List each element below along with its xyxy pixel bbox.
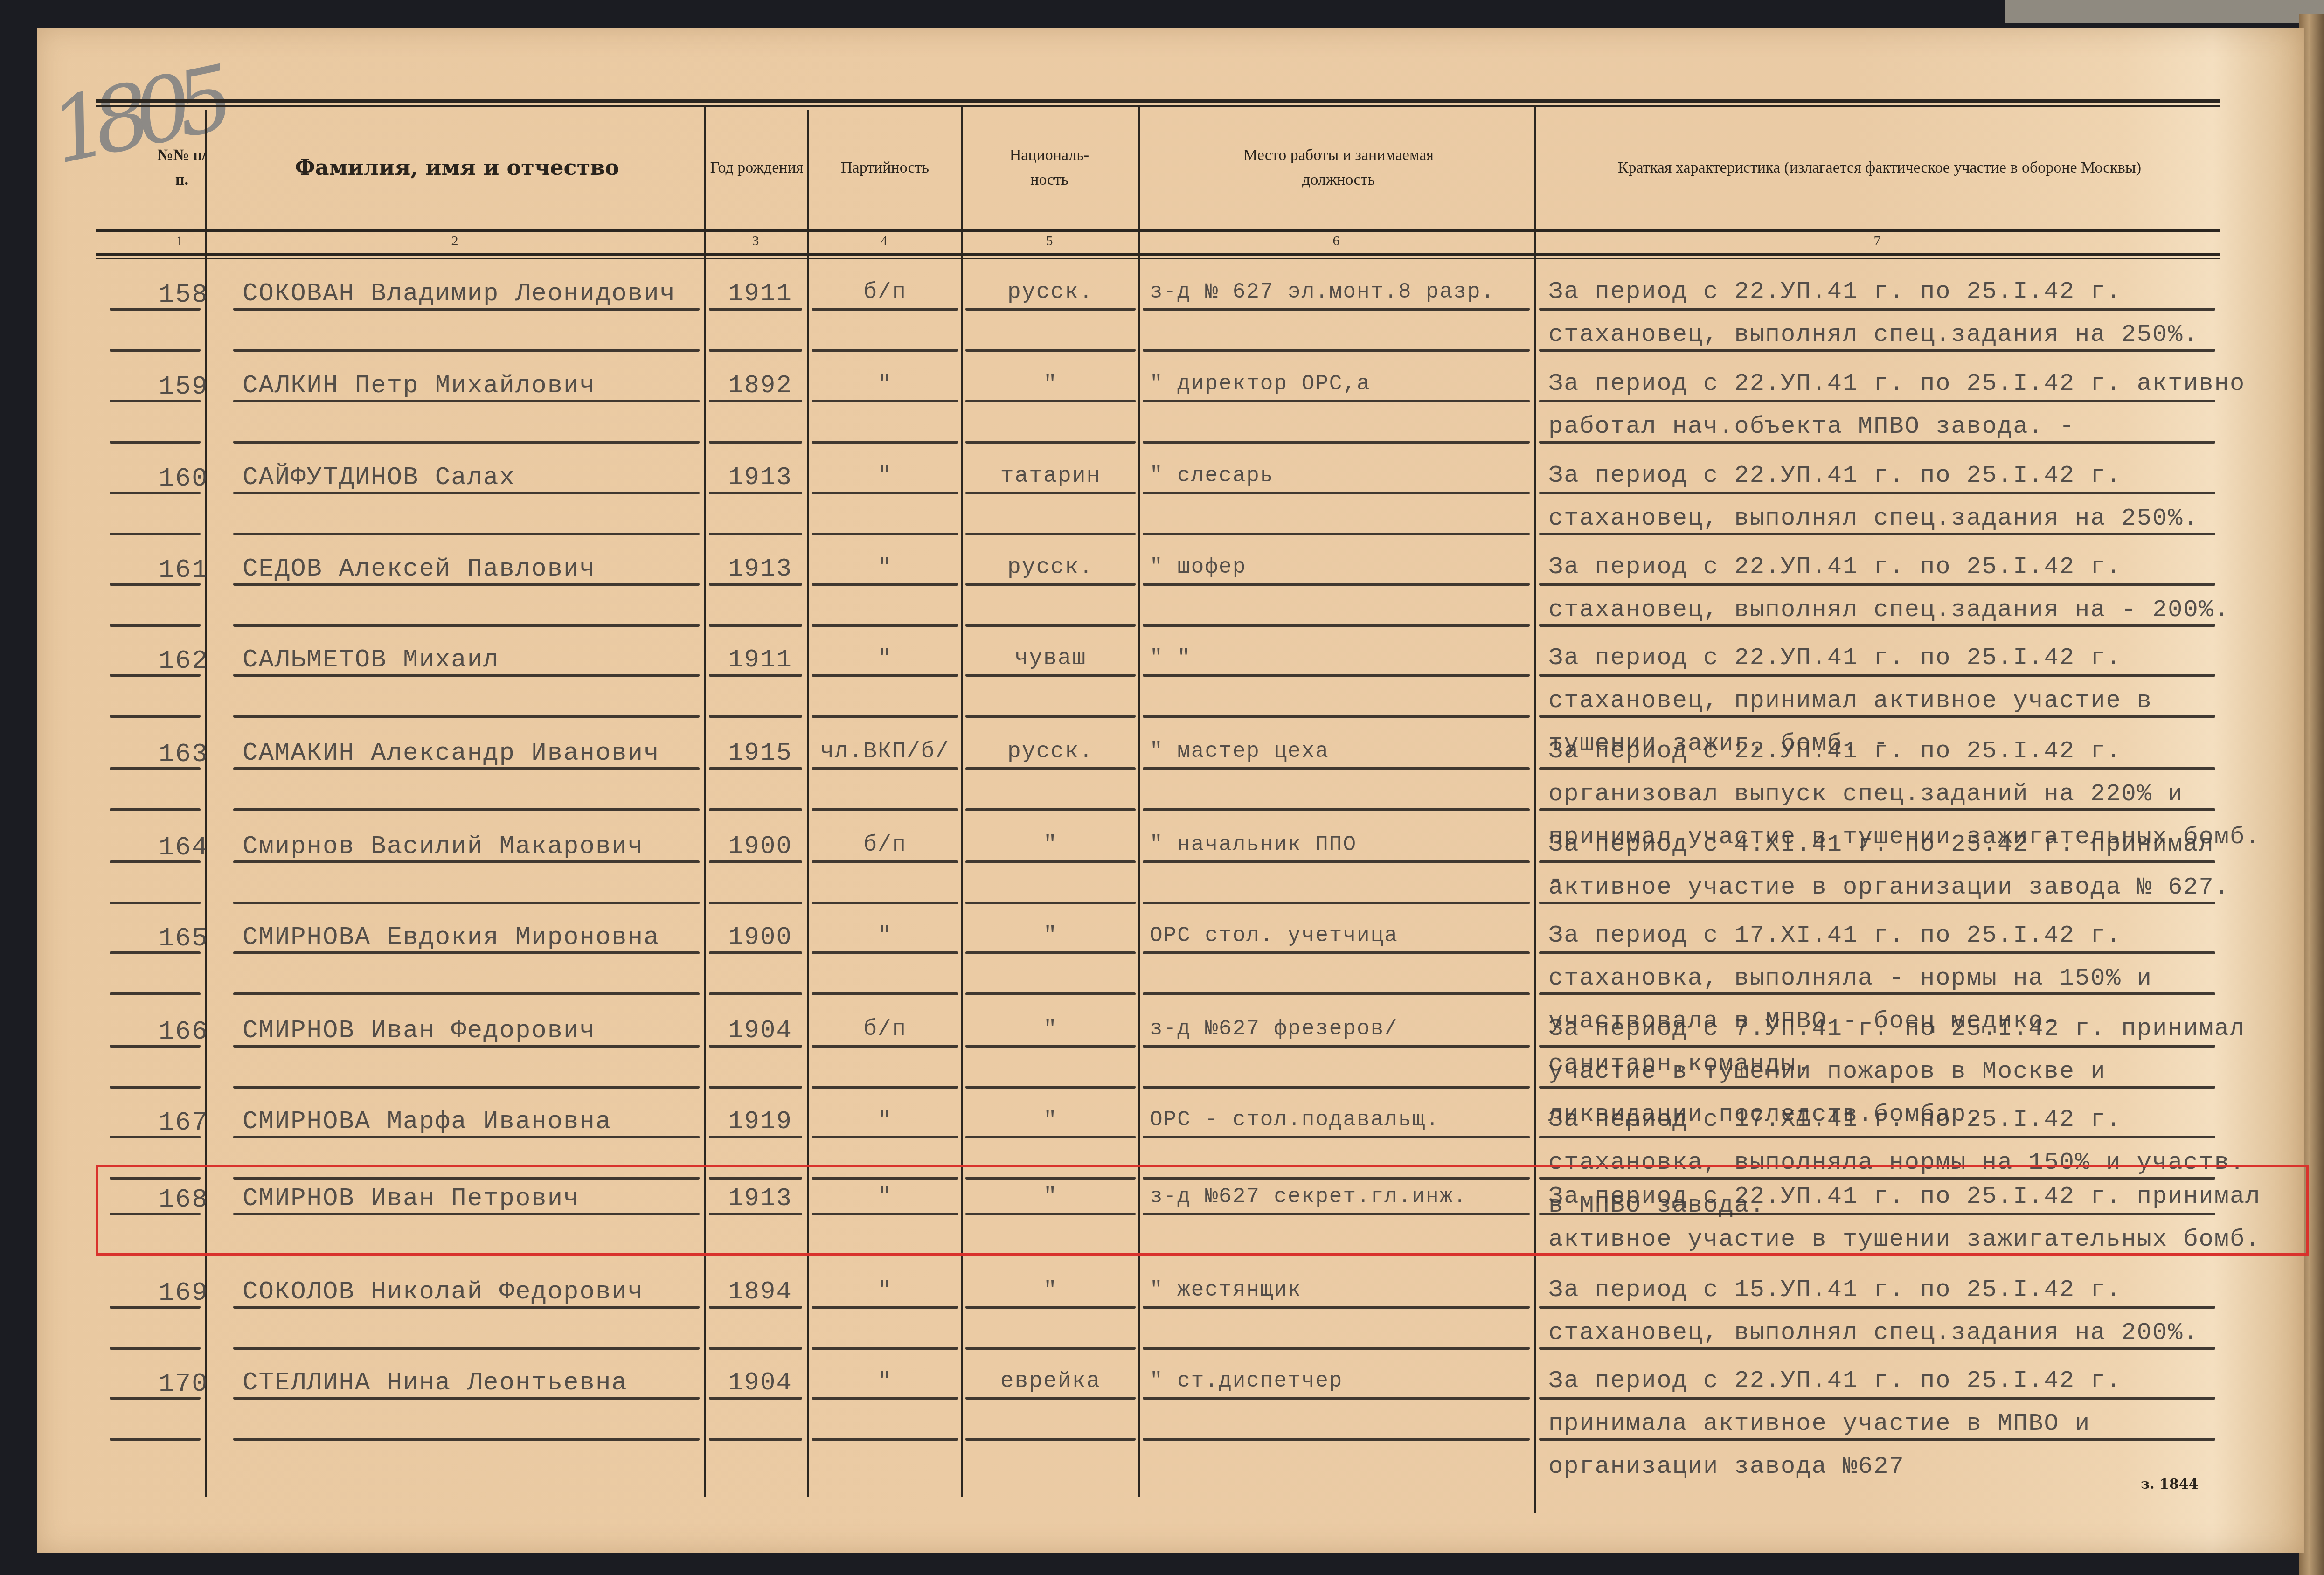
row-divider: [233, 1254, 700, 1256]
row-nationality: русск.: [963, 739, 1138, 764]
row-full-name: САЛКИН Петр Михайлович: [243, 372, 596, 400]
row-divider: [1539, 441, 2215, 444]
colnum-3: 3: [704, 233, 807, 249]
row-workplace: з-д № 627 эл.монт.8 разр.: [1150, 280, 1537, 304]
row-divider: [110, 533, 201, 535]
row-divider: [709, 902, 802, 904]
row-divider: [965, 1347, 1136, 1350]
row-underline: [110, 492, 201, 494]
row-underline: [1143, 951, 1530, 954]
row-underline: [965, 1045, 1136, 1048]
row-underline: [709, 951, 802, 954]
row-underline: [709, 674, 802, 677]
row-divider: [1539, 902, 2215, 904]
row-divider: [110, 624, 201, 627]
row-nationality: ": [963, 923, 1138, 949]
row-divider: [709, 533, 802, 535]
header-col-party: Партийность: [809, 112, 961, 224]
row-number: 160: [159, 464, 208, 493]
row-divider: [1143, 441, 1530, 444]
row-underline: [812, 860, 958, 863]
row-divider: [812, 992, 958, 995]
row-underline: [965, 1136, 1136, 1138]
row-divider: [965, 349, 1136, 352]
row-underline: [1143, 1136, 1530, 1138]
row-divider: [1143, 992, 1530, 995]
row-full-name: СТЕЛЛИНА Нина Леонтьевна: [243, 1369, 628, 1397]
row-description: За период с 4.ХI.41 г. по 25.42 г. прини…: [1548, 823, 2276, 909]
row-divider: [1539, 533, 2215, 535]
row-description: За период с 22.УП.41 г. по 25.I.42 г. пр…: [1548, 1360, 2276, 1488]
header-top-rule: [96, 99, 2220, 103]
row-underline: [110, 860, 201, 863]
row-nationality: татарин: [963, 464, 1138, 489]
row-underline: [110, 1306, 201, 1309]
row-underline: [1539, 1397, 2215, 1400]
col-divider-6: [1534, 105, 1536, 1513]
row-description: За период с 22.УП.41 г. по 25.I.42 г. ст…: [1548, 546, 2276, 631]
row-divider: [709, 1177, 802, 1180]
row-party: чл.ВКП/б/: [809, 739, 961, 764]
row-underline: [233, 1306, 700, 1309]
colnum-bottom-rule: [96, 253, 2220, 256]
row-divider: [1143, 715, 1530, 718]
row-divider: [812, 533, 958, 535]
row-underline: [965, 492, 1136, 494]
row-divider: [709, 715, 802, 718]
row-divider: [812, 1347, 958, 1350]
row-divider: [965, 533, 1136, 535]
row-full-name: СОКОЛОВ Николай Федорович: [243, 1278, 644, 1306]
row-divider: [110, 441, 201, 444]
row-divider: [812, 902, 958, 904]
row-underline: [709, 1213, 802, 1215]
row-underline: [812, 1306, 958, 1309]
row-number: 166: [159, 1017, 208, 1047]
row-underline: [1539, 492, 2215, 494]
row-divider: [1143, 349, 1530, 352]
row-underline: [233, 492, 700, 494]
row-underline: [965, 1306, 1136, 1309]
row-divider: [1143, 533, 1530, 535]
row-divider: [812, 349, 958, 352]
row-underline: [1539, 951, 2215, 954]
row-underline: [812, 1213, 958, 1215]
row-number: 165: [159, 923, 208, 953]
row-birth-year: 1892: [718, 372, 802, 400]
row-underline: [110, 400, 201, 402]
row-divider: [709, 1438, 802, 1441]
row-underline: [709, 860, 802, 863]
row-divider: [965, 1177, 1136, 1180]
header-col-nationality: Националь- ность: [965, 112, 1133, 224]
row-underline: [1539, 674, 2215, 677]
row-divider: [965, 715, 1136, 718]
row-birth-year: 1904: [718, 1017, 802, 1045]
row-number: 163: [159, 739, 208, 769]
row-divider: [233, 1438, 700, 1441]
row-nationality: чуваш: [963, 646, 1138, 671]
row-number: 162: [159, 646, 208, 676]
col-divider-4: [961, 105, 963, 1497]
row-party: б/п: [809, 1017, 961, 1042]
row-divider: [1143, 808, 1530, 811]
row-divider: [965, 902, 1136, 904]
header-bottom-rule: [96, 229, 2220, 232]
row-underline: [709, 492, 802, 494]
row-party: ": [809, 1278, 961, 1303]
row-divider: [965, 1254, 1136, 1256]
row-full-name: СЕДОВ Алексей Павлович: [243, 555, 596, 583]
row-full-name: САЛЬМЕТОВ Михаил: [243, 646, 499, 674]
row-workplace: " шофер: [1150, 555, 1537, 579]
row-party: ": [809, 464, 961, 489]
row-divider: [709, 624, 802, 627]
colnum-7: 7: [1534, 233, 2220, 249]
row-party: б/п: [809, 833, 961, 858]
row-birth-year: 1911: [718, 280, 802, 308]
row-underline: [812, 951, 958, 954]
row-underline: [709, 400, 802, 402]
row-divider: [110, 902, 201, 904]
row-nationality: ": [963, 1017, 1138, 1042]
col-divider-3: [807, 110, 809, 1497]
row-divider: [233, 533, 700, 535]
row-underline: [812, 674, 958, 677]
row-underline: [110, 583, 201, 586]
row-party: ": [809, 372, 961, 397]
row-underline: [110, 1213, 201, 1215]
row-underline: [965, 400, 1136, 402]
row-underline: [965, 583, 1136, 586]
row-workplace: " мастер цеха: [1150, 739, 1537, 763]
row-number: 158: [159, 280, 208, 310]
row-party: ": [809, 1185, 961, 1210]
row-workplace: ОРС стол. учетчица: [1150, 923, 1537, 948]
colnum-bottom-rule-thin: [96, 258, 2220, 259]
row-underline: [233, 767, 700, 770]
row-birth-year: 1900: [718, 833, 802, 861]
row-divider: [1539, 1086, 2215, 1089]
row-underline: [233, 1213, 700, 1215]
header-col-description: Краткая характеристика (излагается факти…: [1539, 112, 2220, 224]
row-underline: [965, 674, 1136, 677]
row-underline: [1539, 1045, 2215, 1048]
col-divider-5: [1138, 105, 1140, 1497]
row-underline: [233, 1136, 700, 1138]
row-divider: [709, 1347, 802, 1350]
row-workplace: " жестянщик: [1150, 1278, 1537, 1302]
row-divider: [110, 349, 201, 352]
row-divider: [709, 992, 802, 995]
row-divider: [110, 1254, 201, 1256]
row-party: ": [809, 923, 961, 949]
row-divider: [110, 715, 201, 718]
row-divider: [965, 1086, 1136, 1089]
row-birth-year: 1904: [718, 1369, 802, 1397]
row-divider: [233, 1086, 700, 1089]
row-divider: [965, 441, 1136, 444]
row-number: 169: [159, 1278, 208, 1308]
row-underline: [965, 860, 1136, 863]
row-full-name: Смирнов Василий Макарович: [243, 833, 644, 861]
row-underline: [812, 400, 958, 402]
row-divider: [110, 808, 201, 811]
row-underline: [1143, 767, 1530, 770]
row-underline: [709, 767, 802, 770]
row-underline: [110, 1045, 201, 1048]
row-underline: [233, 674, 700, 677]
row-underline: [709, 1045, 802, 1048]
row-underline: [1539, 1136, 2215, 1138]
row-divider: [233, 808, 700, 811]
row-nationality: русск.: [963, 555, 1138, 580]
row-full-name: СМИРНОВА Евдокия Мироновна: [243, 923, 660, 952]
row-divider: [233, 715, 700, 718]
row-number: 164: [159, 833, 208, 862]
row-underline: [965, 1213, 1136, 1215]
row-description: За период с 22.УП.41 г. по 25.I.42 г. ст…: [1548, 454, 2276, 540]
row-divider: [965, 624, 1136, 627]
row-underline: [1143, 1397, 1530, 1400]
row-workplace: з-д №627 фрезеров/: [1150, 1017, 1537, 1041]
row-divider: [1539, 1347, 2215, 1350]
row-divider: [233, 992, 700, 995]
row-underline: [233, 308, 700, 311]
row-nationality: еврейка: [963, 1369, 1138, 1394]
row-underline: [812, 583, 958, 586]
row-divider: [1539, 992, 2215, 995]
row-workplace: " ": [1150, 646, 1537, 670]
row-divider: [1539, 1438, 2215, 1441]
row-divider: [812, 808, 958, 811]
row-birth-year: 1911: [718, 646, 802, 674]
row-underline: [709, 1136, 802, 1138]
row-underline: [965, 1397, 1136, 1400]
row-number: 167: [159, 1108, 208, 1138]
row-underline: [1539, 1306, 2215, 1309]
col-divider-2: [704, 105, 706, 1497]
row-divider: [1539, 349, 2215, 352]
row-underline: [1539, 767, 2215, 770]
row-divider: [233, 1347, 700, 1350]
row-underline: [233, 400, 700, 402]
row-workplace: ОРС - стол.подавальщ.: [1150, 1108, 1537, 1132]
row-birth-year: 1900: [718, 923, 802, 952]
row-description: За период с 22.УП.41 г. по 25.I.42 г. ак…: [1548, 362, 2276, 448]
row-divider: [709, 1086, 802, 1089]
row-underline: [812, 308, 958, 311]
row-divider: [233, 902, 700, 904]
row-divider: [1539, 1254, 2215, 1256]
row-description: За период с 15.УП.41 г. по 25.I.42 г. ст…: [1548, 1269, 2276, 1354]
row-underline: [110, 1136, 201, 1138]
row-divider: [812, 624, 958, 627]
row-divider: [233, 349, 700, 352]
row-underline: [709, 1306, 802, 1309]
row-birth-year: 1919: [718, 1108, 802, 1136]
row-divider: [965, 992, 1136, 995]
row-birth-year: 1913: [718, 1185, 802, 1213]
row-full-name: СОКОВАН Владимир Леонидович: [243, 280, 676, 308]
row-number: 159: [159, 372, 208, 402]
row-full-name: СМИРНОВ Иван Федорович: [243, 1017, 596, 1045]
row-underline: [1539, 583, 2215, 586]
row-divider: [110, 1086, 201, 1089]
row-underline: [812, 1045, 958, 1048]
header-col-workplace: Место работы и занимаемая должность: [1143, 112, 1534, 224]
row-divider: [1143, 1254, 1530, 1256]
row-description: За период с 22.УП.41 г. по 25.I.42 г. ст…: [1548, 271, 2276, 356]
row-underline: [1143, 860, 1530, 863]
row-underline: [1143, 308, 1530, 311]
row-divider: [110, 992, 201, 995]
row-divider: [965, 808, 1136, 811]
row-underline: [233, 1397, 700, 1400]
row-underline: [965, 951, 1136, 954]
row-underline: [233, 951, 700, 954]
colnum-4: 4: [807, 233, 961, 249]
row-underline: [1143, 583, 1530, 586]
row-nationality: ": [963, 1185, 1138, 1210]
row-underline: [709, 583, 802, 586]
row-underline: [965, 308, 1136, 311]
row-workplace: з-д №627 секрет.гл.инж.: [1150, 1185, 1537, 1209]
row-full-name: САЙФУТДИНОВ Салах: [243, 464, 515, 492]
row-divider: [709, 349, 802, 352]
row-number: 170: [159, 1369, 208, 1399]
row-birth-year: 1913: [718, 464, 802, 492]
row-divider: [812, 1177, 958, 1180]
header-top-rule-thin: [96, 105, 2220, 107]
row-party: б/п: [809, 280, 961, 305]
row-party: ": [809, 1369, 961, 1394]
row-underline: [812, 492, 958, 494]
scanner-background-top: [2005, 0, 2324, 23]
row-underline: [1143, 674, 1530, 677]
row-divider: [1143, 902, 1530, 904]
row-underline: [110, 308, 201, 311]
row-underline: [709, 308, 802, 311]
row-divider: [1143, 1438, 1530, 1441]
row-party: ": [809, 555, 961, 580]
row-workplace: " слесарь: [1150, 464, 1537, 488]
row-nationality: русск.: [963, 280, 1138, 305]
colnum-5: 5: [961, 233, 1138, 249]
header-col-birth-year: Год рождения: [707, 112, 807, 224]
row-underline: [233, 1045, 700, 1048]
row-full-name: САМАКИН Александр Иванович: [243, 739, 660, 768]
row-underline: [965, 767, 1136, 770]
row-nationality: ": [963, 1108, 1138, 1133]
row-nationality: ": [963, 372, 1138, 397]
row-divider: [1143, 1086, 1530, 1089]
colnum-1: 1: [154, 233, 205, 249]
row-divider: [1539, 715, 2215, 718]
row-underline: [1143, 492, 1530, 494]
row-underline: [233, 860, 700, 863]
row-divider: [1143, 624, 1530, 627]
row-number: 161: [159, 555, 208, 585]
row-underline: [709, 1397, 802, 1400]
row-underline: [110, 1397, 201, 1400]
row-underline: [110, 767, 201, 770]
form-code: з. 1844: [2141, 1476, 2199, 1492]
row-divider: [812, 441, 958, 444]
header-col-name: Фамилия, имя и отчество: [210, 112, 704, 224]
header-col-number: №№ п/п.: [154, 112, 210, 224]
row-divider: [1539, 808, 2215, 811]
row-divider: [812, 715, 958, 718]
row-divider: [1143, 1347, 1530, 1350]
row-divider: [812, 1086, 958, 1089]
row-divider: [1143, 1177, 1530, 1180]
row-divider: [709, 1254, 802, 1256]
row-divider: [812, 1254, 958, 1256]
row-underline: [1143, 1306, 1530, 1309]
colnum-6: 6: [1138, 233, 1534, 249]
row-divider: [709, 441, 802, 444]
row-birth-year: 1894: [718, 1278, 802, 1306]
row-underline: [1143, 400, 1530, 402]
row-divider: [233, 441, 700, 444]
row-party: ": [809, 1108, 961, 1133]
row-number: 168: [159, 1185, 208, 1214]
row-nationality: ": [963, 833, 1138, 858]
row-underline: [812, 767, 958, 770]
row-underline: [1143, 1045, 1530, 1048]
row-party: ": [809, 646, 961, 671]
row-full-name: СМИРНОВА Марфа Ивановна: [243, 1108, 611, 1136]
row-underline: [812, 1397, 958, 1400]
row-underline: [1539, 308, 2215, 311]
row-workplace: " директор ОРС,а: [1150, 372, 1537, 396]
row-divider: [812, 1438, 958, 1441]
row-divider: [709, 808, 802, 811]
row-birth-year: 1915: [718, 739, 802, 768]
row-full-name: СМИРНОВ Иван Петрович: [243, 1185, 580, 1213]
row-divider: [1539, 624, 2215, 627]
row-underline: [1539, 400, 2215, 402]
row-divider: [110, 1347, 201, 1350]
row-divider: [233, 624, 700, 627]
row-workplace: " начальник ППО: [1150, 833, 1537, 857]
row-description: За период с 22.УП.41 г. по 25.I.42 г. пр…: [1548, 1175, 2276, 1261]
row-birth-year: 1913: [718, 555, 802, 583]
row-workplace: " ст.диспетчер: [1150, 1369, 1537, 1393]
row-underline: [812, 1136, 958, 1138]
row-underline: [1539, 1213, 2215, 1215]
row-underline: [110, 674, 201, 677]
row-underline: [1539, 860, 2215, 863]
colnum-2: 2: [205, 233, 704, 249]
row-divider: [110, 1438, 201, 1441]
row-underline: [233, 583, 700, 586]
row-divider: [110, 1177, 201, 1180]
row-underline: [110, 951, 201, 954]
row-nationality: ": [963, 1278, 1138, 1303]
row-underline: [1143, 1213, 1530, 1215]
row-divider: [965, 1438, 1136, 1441]
row-divider: [233, 1177, 700, 1180]
